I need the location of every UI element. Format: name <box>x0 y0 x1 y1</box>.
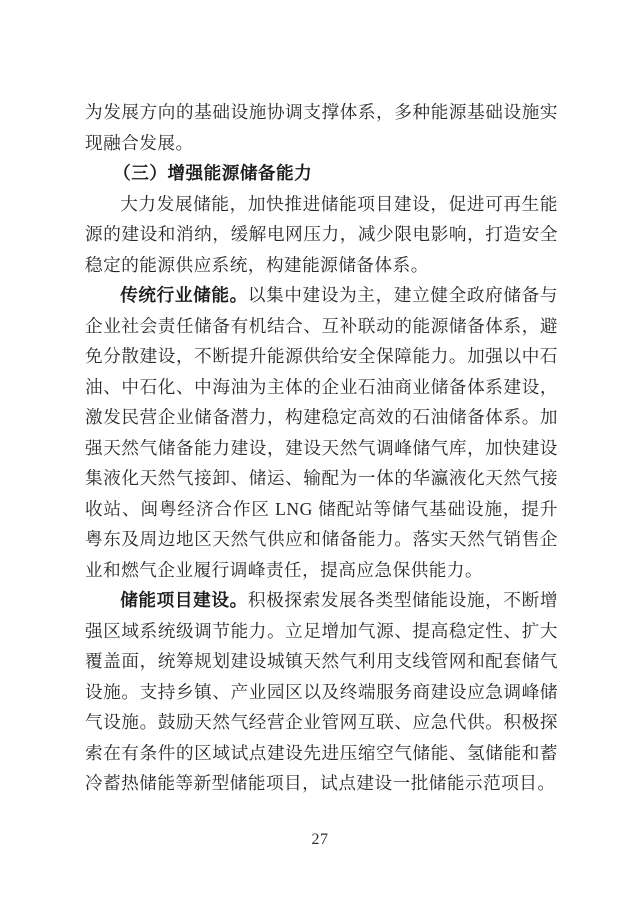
paragraph-lead-storage-projects: 储能项目建设。 <box>120 590 248 610</box>
section-heading: （三）增强能源储备能力 <box>85 158 558 189</box>
paragraph-storage-development: 大力发展储能，加快推进储能项目建设，促进可再生能源的建设和消纳，缓解电网压力，减… <box>85 189 558 281</box>
paragraph-storage-projects: 储能项目建设。积极探索发展各类型储能设施，不断增强区域系统级调节能力。立足增加气… <box>85 585 558 799</box>
paragraph-traditional-storage: 传统行业储能。以集中建设为主，建立健全政府储备与企业社会责任储备有机结合、互补联… <box>85 280 558 585</box>
paragraph-body-storage-projects: 积极探索发展各类型储能设施，不断增强区域系统级调节能力。立足增加气源、提高稳定性… <box>85 590 558 793</box>
paragraph-body-traditional-storage: 以集中建设为主，建立健全政府储备与企业社会责任储备有机结合、互补联动的能源储备体… <box>85 285 558 580</box>
paragraph-lead-traditional-storage: 传统行业储能。 <box>120 285 248 305</box>
document-page: 为发展方向的基础设施协调支撑体系，多种能源基础设施实现融合发展。 （三）增强能源… <box>0 0 640 905</box>
page-number: 27 <box>0 830 640 850</box>
paragraph-continuation: 为发展方向的基础设施协调支撑体系，多种能源基础设施实现融合发展。 <box>85 97 558 158</box>
